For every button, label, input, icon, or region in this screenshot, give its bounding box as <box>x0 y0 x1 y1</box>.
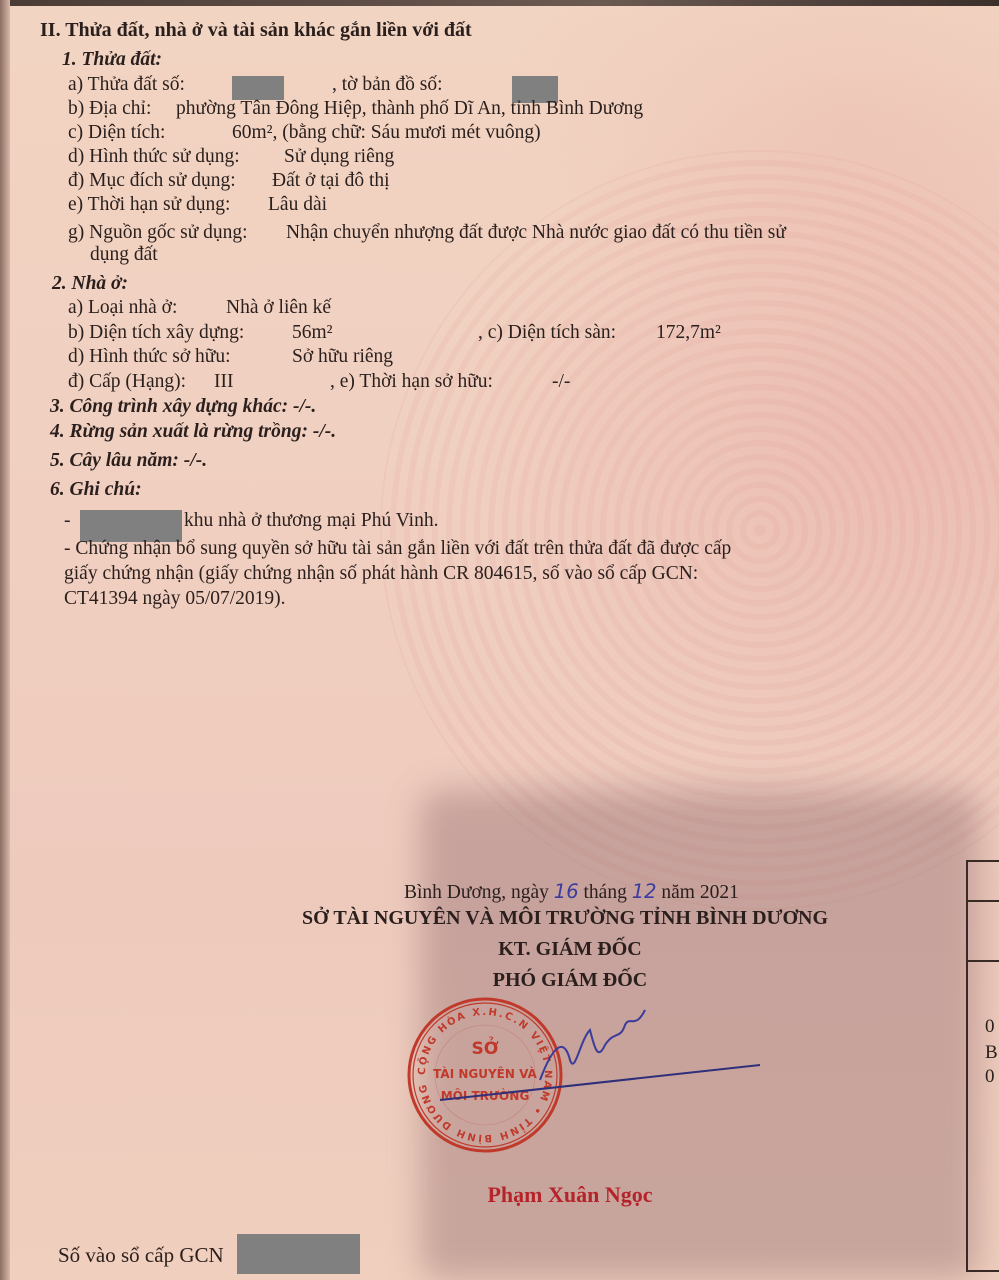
month-handwritten: 12 <box>632 880 657 903</box>
page-left-edge <box>0 0 10 1280</box>
year-text: năm 2021 <box>661 882 738 903</box>
use-form-value: Sử dụng riêng <box>284 145 394 169</box>
house-type-value: Nhà ở liên kế <box>226 296 331 320</box>
note2-line3: CT41394 ngày 05/07/2019). <box>64 587 286 611</box>
ownership-label: d) Hình thức sở hữu: <box>68 345 231 369</box>
parcel-label: a) Thửa đất số: <box>68 73 185 97</box>
floor-area-value: 172,7m² <box>656 321 721 345</box>
term-value: Lâu dài <box>268 193 327 217</box>
use-form-label: d) Hình thức sử dụng: <box>68 145 240 169</box>
area-label: c) Diện tích: <box>68 121 165 145</box>
house-heading: 2. Nhà ở: <box>52 272 128 296</box>
perennial: 5. Cây lâu năm: -/-. <box>50 449 207 473</box>
note1-prefix: - <box>64 509 71 533</box>
house-type-label: a) Loại nhà ở: <box>68 296 177 320</box>
notes-heading: 6. Ghi chú: <box>50 478 142 502</box>
drum-watermark <box>380 150 999 910</box>
origin-value-line2: dụng đất <box>90 243 158 267</box>
right-col-char-1: 0 <box>985 1016 995 1038</box>
box-divider <box>968 960 999 962</box>
deputy-director-title: PHÓ GIÁM ĐỐC <box>420 969 720 992</box>
signer-name: Phạm Xuân Ngọc <box>430 1182 710 1208</box>
area-value: 60m², (bằng chữ: Sáu mươi mét vuông) <box>232 121 541 145</box>
right-col-char-3: 0 <box>985 1066 995 1088</box>
build-area-label: b) Diện tích xây dựng: <box>68 321 244 345</box>
agency-name: SỞ TÀI NGUYÊN VÀ MÔI TRƯỜNG TỈNH BÌNH DƯ… <box>250 907 880 930</box>
origin-label: g) Nguồn gốc sử dụng: <box>68 221 248 245</box>
registry-label: Số vào sổ cấp GCN <box>58 1243 224 1267</box>
term-label: e) Thời hạn sử dụng: <box>68 193 230 217</box>
purpose-label: đ) Mục đích sử dụng: <box>68 169 236 193</box>
note2-line1: - Chứng nhận bổ sung quyền sở hữu tài sả… <box>64 537 731 561</box>
address-value: phường Tân Đông Hiệp, thành phố Dĩ An, t… <box>176 97 643 121</box>
forest: 4. Rừng sản xuất là rừng trồng: -/-. <box>50 420 336 444</box>
origin-value-line1: Nhận chuyển nhượng đất được Nhà nước gia… <box>286 221 786 245</box>
grade-label: đ) Cấp (Hạng): <box>68 370 186 394</box>
ownership-value: Sở hữu riêng <box>292 345 393 369</box>
floor-area-label: , c) Diện tích sàn: <box>478 321 616 345</box>
place-date-prefix: Bình Dương, ngày <box>404 882 549 903</box>
page-top-edge <box>0 0 999 6</box>
grade-value: III <box>214 370 233 394</box>
purpose-value: Đất ở tại đô thị <box>272 169 390 193</box>
own-term-value: -/- <box>552 370 570 394</box>
section-title: II. Thửa đất, nhà ở và tài sản khác gắn … <box>40 18 472 42</box>
land-heading: 1. Thửa đất: <box>62 48 162 72</box>
registry-number-redacted <box>237 1234 360 1274</box>
note1-suffix: khu nhà ở thương mại Phú Vinh. <box>184 509 438 533</box>
build-area-value: 56m² <box>292 321 333 345</box>
place-date: Bình Dương, ngày 16 tháng 12 năm 2021 <box>404 880 739 905</box>
month-label: tháng <box>584 882 627 903</box>
own-term-label: , e) Thời hạn sở hữu: <box>330 370 493 394</box>
note2-line2: giấy chứng nhận (giấy chứng nhận số phát… <box>64 562 698 586</box>
other-works: 3. Công trình xây dựng khác: -/-. <box>50 395 316 419</box>
on-behalf-title: KT. GIÁM ĐỐC <box>420 938 720 961</box>
address-label: b) Địa chỉ: <box>68 97 151 121</box>
box-divider <box>968 900 999 902</box>
right-col-char-2: B <box>985 1042 998 1064</box>
day-handwritten: 16 <box>554 880 579 903</box>
handwritten-signature-icon <box>430 1000 770 1110</box>
map-sheet-label: , tờ bản đồ số: <box>332 73 443 97</box>
